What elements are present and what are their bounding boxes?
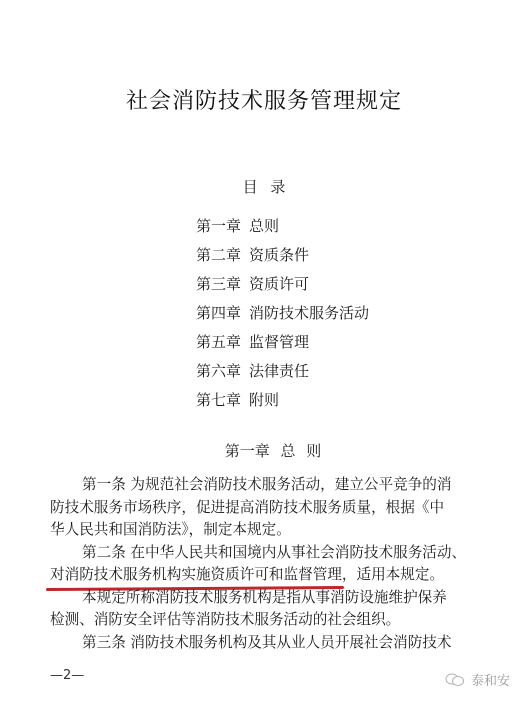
toc-item: 第四章消防技术服务活动	[196, 299, 369, 328]
document-title: 社会消防技术服务管理规定	[0, 84, 528, 115]
toc-chapter-label: 资质许可	[249, 275, 309, 293]
body-line: 本规定所称消防技术服务机构是指从事消防设施维护保养	[50, 587, 518, 610]
toc-item: 第一章总则	[196, 212, 369, 241]
toc-chapter-number: 第六章	[196, 362, 241, 380]
toc-chapter-number: 第七章	[196, 391, 241, 409]
body-line: 华人民共和国消防法》，制定本规定。	[50, 519, 518, 542]
toc-item: 第三章资质许可	[196, 270, 369, 299]
toc-item: 第六章法律责任	[196, 357, 369, 386]
chapter-heading-word: 则	[306, 442, 321, 460]
page-number: —2—	[50, 668, 84, 683]
red-underlined-text: 对消防技术服务机构实施资质许可和监督管理	[50, 564, 342, 587]
chapter-heading: 第一章 总 则	[0, 440, 528, 461]
toc-chapter-label: 法律责任	[249, 362, 309, 380]
toc-item: 第五章监督管理	[196, 328, 369, 357]
body-line-highlighted: 对消防技术服务机构实施资质许可和监督管理，适用本规定。	[50, 564, 518, 587]
toc-chapter-number: 第五章	[196, 333, 241, 351]
toc-chapter-number: 第二章	[196, 246, 241, 264]
chapter-heading-number: 第一章	[225, 442, 270, 460]
body-line: 第三条 消防技术服务机构及其从业人员开展社会消防技术	[50, 632, 518, 655]
body-line-tail: ，适用本规定。	[342, 566, 444, 583]
chapter-body: 第一条 为规范社会消防技术服务活动，建立公平竞争的消 防技术服务市场秩序，促进提…	[50, 474, 518, 654]
toc-chapter-label: 消防技术服务活动	[249, 304, 369, 322]
toc-chapter-number: 第四章	[196, 304, 241, 322]
body-line: 防技术服务市场秩序，促进提高消防技术服务质量，根据《中	[50, 497, 518, 520]
toc-chapter-label: 附则	[249, 391, 279, 409]
watermark-text: 泰和安	[471, 670, 510, 689]
toc-chapter-label: 总则	[249, 217, 279, 235]
toc-chapter-label: 资质条件	[249, 246, 309, 264]
body-line: 检测、消防安全评估等消防技术服务活动的社会组织。	[50, 609, 518, 632]
toc-chapter-number: 第三章	[196, 275, 241, 293]
toc-item: 第七章附则	[196, 386, 369, 415]
wechat-icon	[445, 673, 465, 687]
watermark: 泰和安	[445, 670, 510, 689]
body-line: 第二条 在中华人民共和国境内从事社会消防技术服务活动、	[50, 542, 518, 565]
body-line: 第一条 为规范社会消防技术服务活动，建立公平竞争的消	[50, 474, 518, 497]
toc-heading: 目 录	[0, 176, 528, 197]
chapter-heading-word: 总	[280, 442, 295, 460]
table-of-contents: 第一章总则 第二章资质条件 第三章资质许可 第四章消防技术服务活动 第五章监督管…	[196, 212, 369, 415]
toc-chapter-label: 监督管理	[249, 333, 309, 351]
toc-item: 第二章资质条件	[196, 241, 369, 270]
toc-chapter-number: 第一章	[196, 217, 241, 235]
